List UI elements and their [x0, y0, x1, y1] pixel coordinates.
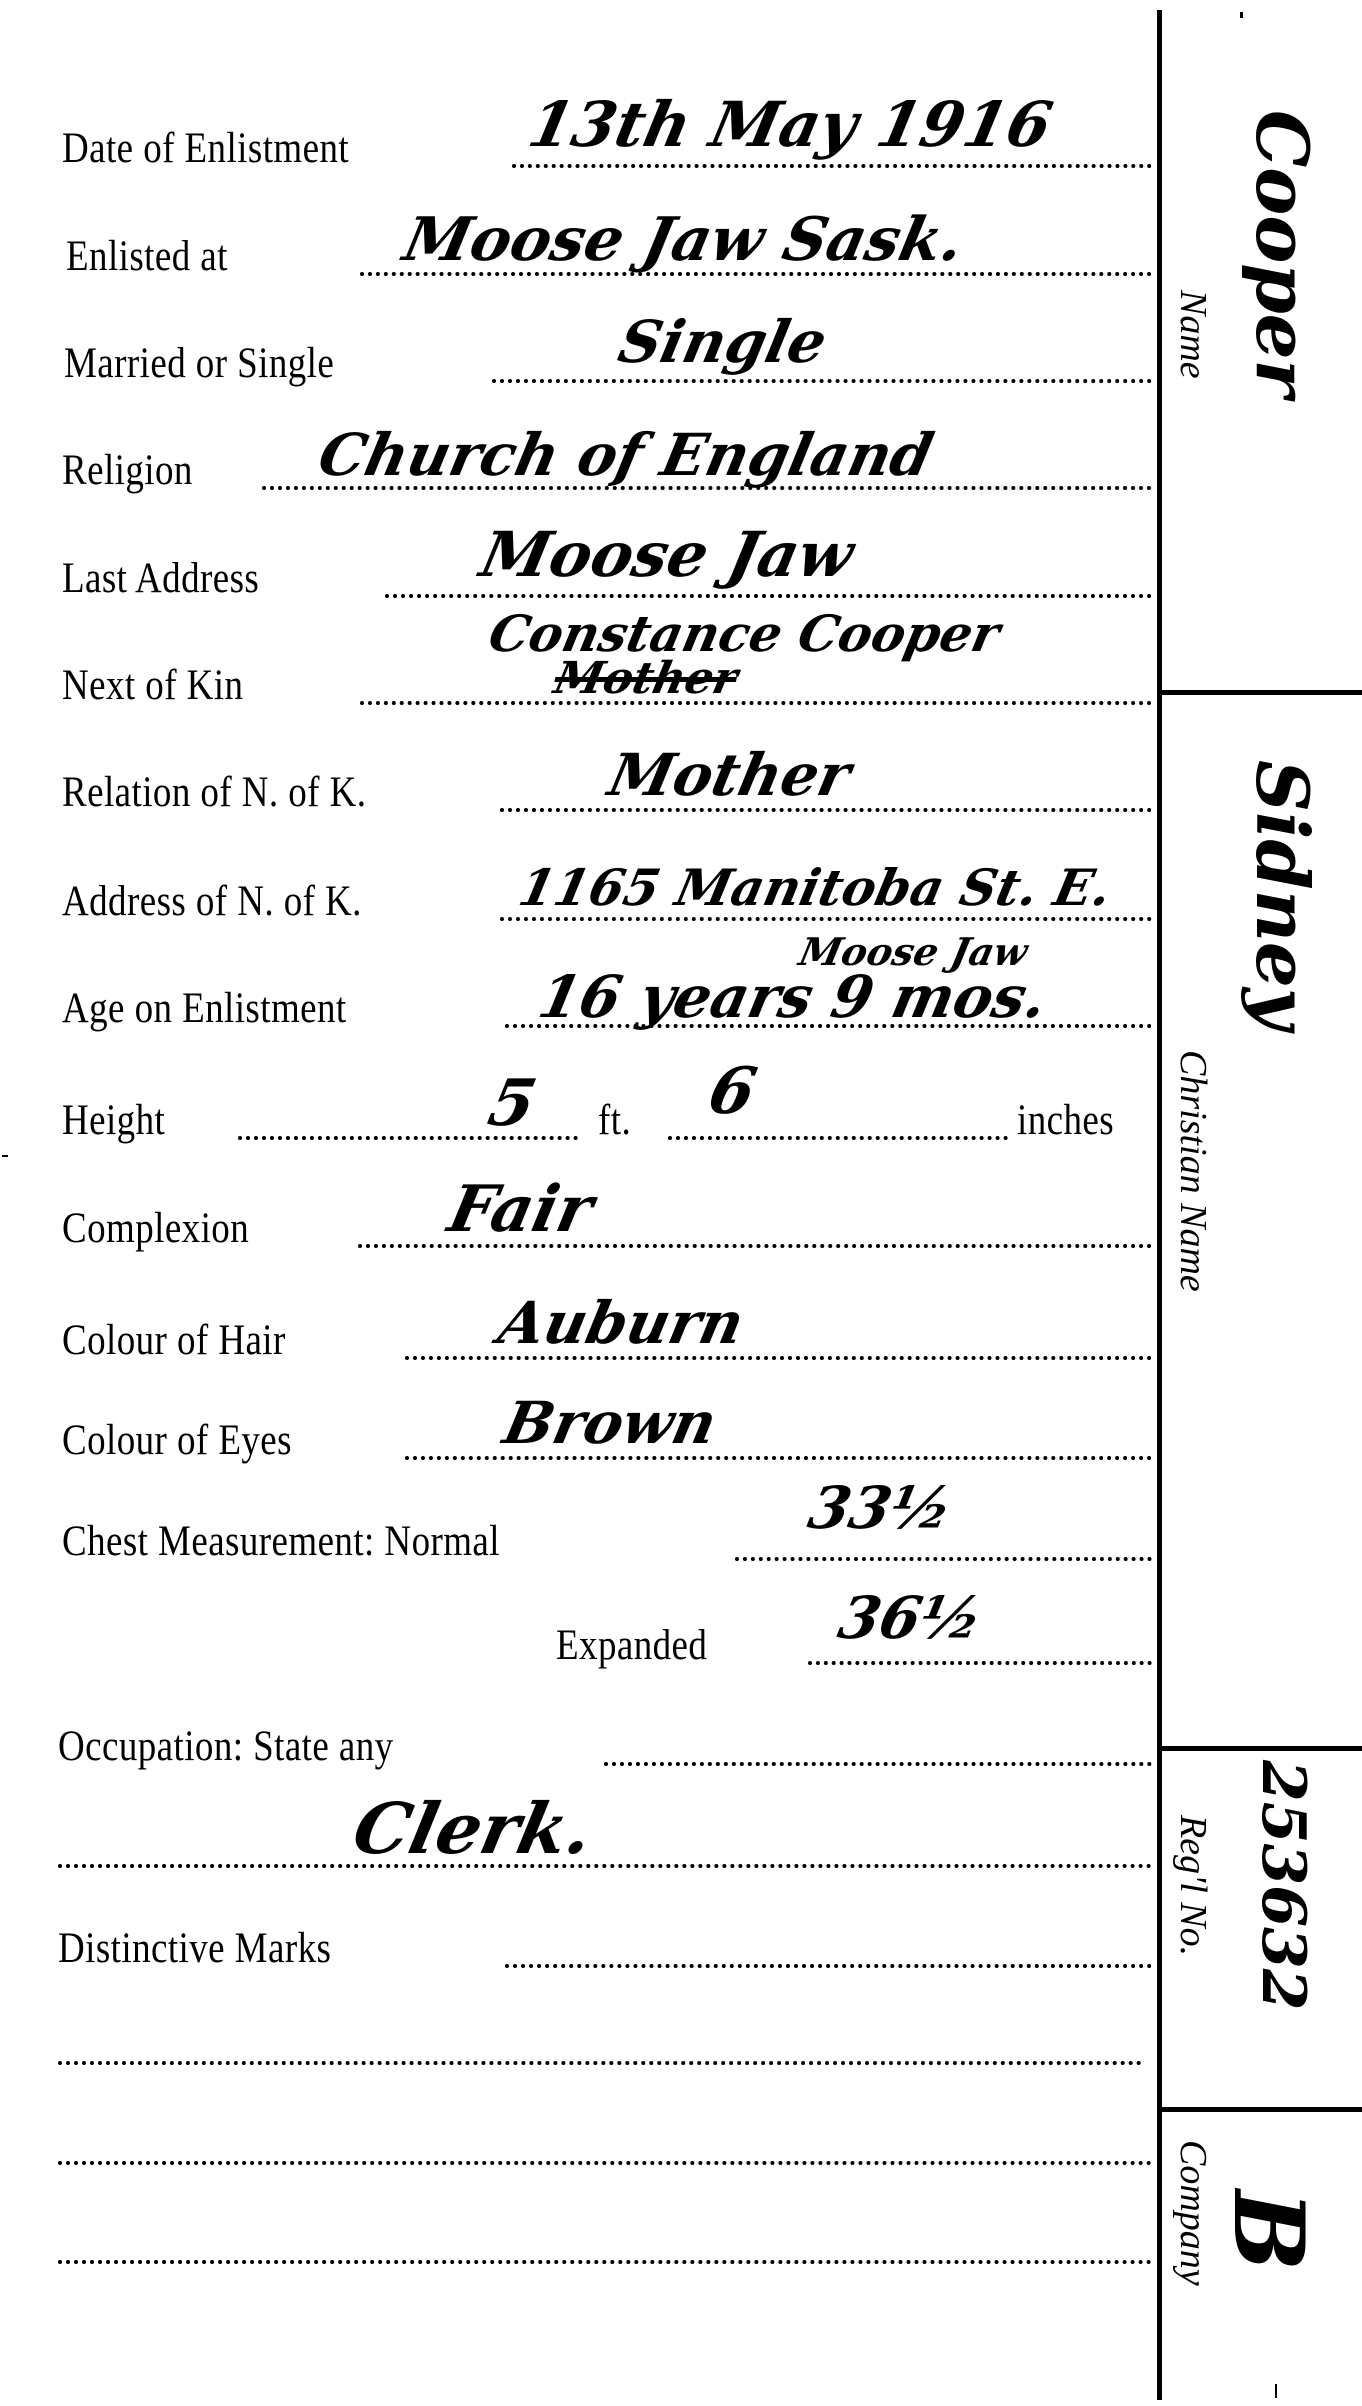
field-value: Church of England: [314, 426, 938, 484]
side-value-company: B: [1212, 2190, 1325, 2271]
field-value: Mother: [604, 746, 856, 804]
field-label: Complexion: [62, 1207, 249, 1250]
dot-leader: [512, 164, 1152, 168]
field-label: Date of Enlistment: [62, 127, 349, 170]
side-value-christian-name: Sidney: [1240, 760, 1325, 1030]
field-label: Colour of Hair: [62, 1319, 286, 1362]
dot-leader: [500, 917, 1152, 921]
side-section-divider: [1160, 1746, 1362, 1751]
feet-unit-label: ft.: [598, 1099, 631, 1142]
scan-speck: [1240, 12, 1243, 18]
field-chest-normal: Chest Measurement: Normal 33½: [0, 1503, 1160, 1563]
dot-leader: [58, 2161, 1152, 2165]
distinctive-marks-line: [0, 2007, 1160, 2067]
dot-leader-inches: [668, 1136, 1008, 1140]
side-value-name: Cooper: [1240, 110, 1325, 397]
field-complexion: Complexion Fair: [0, 1190, 1160, 1250]
field-value: 36½: [834, 1589, 988, 1647]
field-struck-value: Mother: [550, 657, 741, 701]
field-value-inches: 6: [703, 1060, 761, 1124]
field-label: Religion: [62, 449, 193, 492]
distinctive-marks-line: [0, 2107, 1160, 2167]
field-label: Last Address: [62, 557, 259, 600]
field-colour-of-hair: Colour of Hair Auburn: [0, 1302, 1160, 1362]
side-section-divider: [1160, 2107, 1362, 2112]
field-occupation-line2: Clerk.: [0, 1810, 1160, 1870]
field-chest-expanded: Expanded 36½: [0, 1607, 1160, 1667]
field-label: Married or Single: [64, 342, 334, 385]
field-address-of-next-of-kin: Address of N. of K. 1165 Manitoba St. E.…: [0, 863, 1160, 923]
side-label-regimental-number: Reg'l No.: [1171, 1815, 1215, 1956]
field-value: Brown: [499, 1394, 722, 1452]
field-value: Constance Cooper: [485, 609, 1004, 659]
distinctive-marks-line: [0, 2206, 1160, 2266]
field-label: Occupation: State any: [58, 1725, 394, 1768]
field-married-or-single: Married or Single Single: [0, 325, 1160, 385]
dot-leader: [492, 379, 1152, 383]
dot-leader: [360, 701, 1152, 705]
field-value: Moose Jaw: [475, 524, 858, 586]
field-label: Enlisted at: [66, 235, 228, 278]
field-label: Address of N. of K.: [62, 880, 362, 923]
field-label: Height: [62, 1099, 165, 1142]
field-colour-of-eyes: Colour of Eyes Brown: [0, 1402, 1160, 1462]
field-relation-of-next-of-kin: Relation of N. of K. Mother: [0, 754, 1160, 814]
scan-speck: [2, 1155, 8, 1157]
side-label-christian-name: Christian Name: [1171, 1050, 1215, 1292]
field-value-feet: 5: [483, 1072, 541, 1136]
side-label-name: Name: [1171, 290, 1215, 379]
field-value: 13th May 1916: [523, 94, 1057, 156]
field-value: Single: [614, 313, 832, 371]
side-label-company: Company: [1171, 2140, 1215, 2286]
dot-leader: [385, 594, 1152, 598]
dot-leader: [808, 1661, 1152, 1665]
field-distinctive-marks: Distinctive Marks: [0, 1910, 1160, 1970]
dot-leader: [505, 1964, 1152, 1968]
field-date-of-enlistment: Date of Enlistment 13th May 1916: [0, 110, 1160, 170]
field-label: Expanded: [556, 1624, 707, 1667]
field-enlisted-at: Enlisted at Moose Jaw Sask.: [0, 218, 1160, 278]
dot-leader: [604, 1762, 1152, 1766]
field-value: Clerk.: [348, 1794, 599, 1864]
field-value: 1165 Manitoba St. E.: [515, 863, 1116, 913]
field-label: Age on Enlistment: [62, 987, 347, 1030]
field-next-of-kin: Next of Kin Constance Cooper Mother: [0, 647, 1160, 707]
side-panel-divider: [1157, 10, 1162, 2400]
field-value: Auburn: [494, 1294, 749, 1352]
field-religion: Religion Church of England: [0, 432, 1160, 492]
field-age-on-enlistment: Age on Enlistment 16 years 9 mos.: [0, 970, 1160, 1030]
dot-leader: [735, 1557, 1152, 1561]
field-value: 16 years 9 mos.: [534, 968, 1052, 1026]
field-label: Chest Measurement: Normal: [62, 1520, 500, 1563]
field-value: Fair: [443, 1178, 598, 1242]
inches-unit-label: inches: [1017, 1099, 1114, 1142]
field-label: Relation of N. of K.: [62, 771, 366, 814]
field-height: Height 5 ft. 6 inches: [0, 1082, 1160, 1142]
field-occupation: Occupation: State any: [0, 1708, 1160, 1768]
dot-leader: [58, 2260, 1152, 2264]
dot-leader: [58, 1864, 1152, 1868]
dot-leader: [58, 2061, 1142, 2065]
field-value: Moose Jaw Sask.: [399, 210, 969, 270]
side-value-regimental-number: 253632: [1248, 1760, 1318, 2011]
field-label: Colour of Eyes: [62, 1419, 292, 1462]
field-label: Next of Kin: [62, 664, 243, 707]
field-last-address: Last Address Moose Jaw: [0, 540, 1160, 600]
scan-speck: [1275, 2384, 1277, 2398]
field-label: Distinctive Marks: [58, 1927, 331, 1970]
side-section-divider: [1160, 690, 1362, 695]
field-value: 33½: [804, 1479, 958, 1537]
